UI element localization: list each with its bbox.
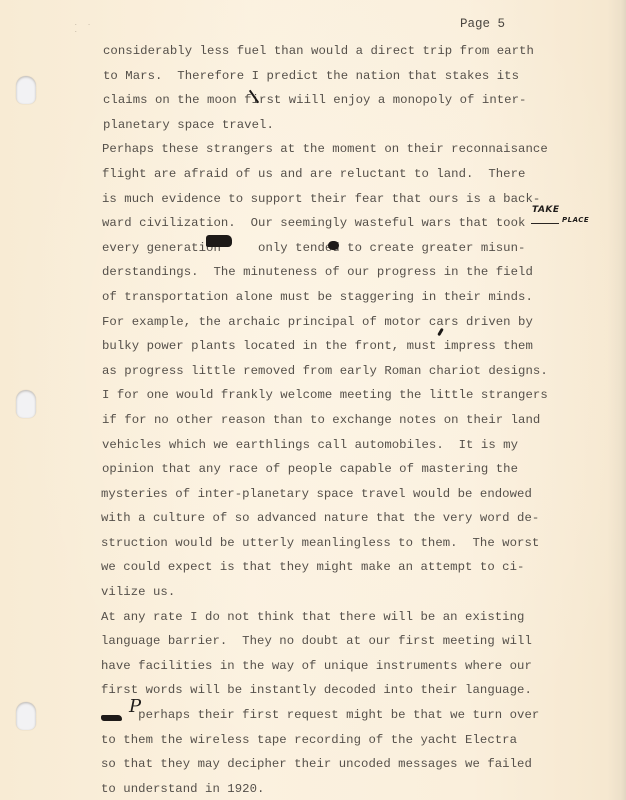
text-line: first words will be instantly decoded in… — [101, 678, 601, 703]
text-line: claims on the moon first wiill enjoy a m… — [103, 88, 603, 113]
text-line: Perhaps these strangers at the moment on… — [102, 137, 602, 162]
text-line: vehicles which we earthlings call automo… — [102, 433, 602, 458]
text-line: ward civilization. Our seemingly wastefu… — [102, 211, 602, 236]
text-line: I for one would frankly welcome meeting … — [102, 383, 602, 408]
text-line: considerably less fuel than would a dire… — [103, 39, 603, 64]
text-line: opinion that any race of people capable … — [102, 457, 602, 482]
text-line: For example, the archaic principal of mo… — [102, 310, 602, 335]
page-number: Page 5 — [460, 17, 505, 31]
text-line: if for no other reason than to exchange … — [102, 408, 602, 433]
text-line: to them the wireless tape recording of t… — [101, 728, 601, 753]
text-line: so that they may decipher their uncoded … — [101, 752, 601, 777]
body-text: considerably less fuel than would a dire… — [103, 39, 603, 800]
text-line: flight are afraid of us and are reluctan… — [102, 162, 602, 187]
strikethrough-took — [531, 223, 559, 224]
text-line: planetary space travel. — [103, 113, 603, 138]
text-line: as progress little removed from early Ro… — [102, 359, 602, 384]
binder-hole-middle — [16, 390, 36, 418]
ink-blot-redaction — [328, 241, 339, 250]
binder-hole-top — [16, 76, 36, 104]
text-line: is much evidence to support their fear t… — [102, 187, 602, 212]
text-line: derstandings. The minuteness of our prog… — [102, 260, 602, 285]
text-line: we could expect is that they might make … — [101, 555, 601, 580]
handwritten-capital-p: P — [129, 696, 141, 717]
text-line: of transportation alone must be staggeri… — [102, 285, 602, 310]
text-line: language barrier. They no doubt at our f… — [101, 629, 601, 654]
handwritten-correction-take: TAKE — [532, 205, 560, 215]
text-line: mysteries of inter-planetary space trave… — [101, 482, 601, 507]
text-line: bulky power plants located in the front,… — [102, 334, 602, 359]
ink-blot-redaction — [101, 715, 122, 721]
text-line: every generation only tended to create g… — [102, 236, 602, 261]
handwritten-correction-place: PLACE — [562, 216, 589, 224]
typewritten-page: . . . Page 5 considerably less fuel than… — [0, 0, 626, 800]
text-line: to understand in 1920. — [101, 777, 601, 800]
text-line: vilize us. — [101, 580, 601, 605]
text-line: have facilities in the way of unique ins… — [101, 654, 601, 679]
paper-speck-marks: . . . — [74, 20, 104, 26]
text-line: perhaps their first request might be tha… — [101, 703, 601, 728]
ink-blot-redaction — [206, 235, 232, 247]
text-line: to Mars. Therefore I predict the nation … — [103, 64, 603, 89]
text-line: At any rate I do not think that there wi… — [101, 605, 601, 630]
page-edge — [620, 0, 626, 800]
binder-hole-bottom — [16, 702, 36, 730]
text-line: with a culture of so advanced nature tha… — [101, 506, 601, 531]
text-line: struction would be utterly meanlingless … — [101, 531, 601, 556]
